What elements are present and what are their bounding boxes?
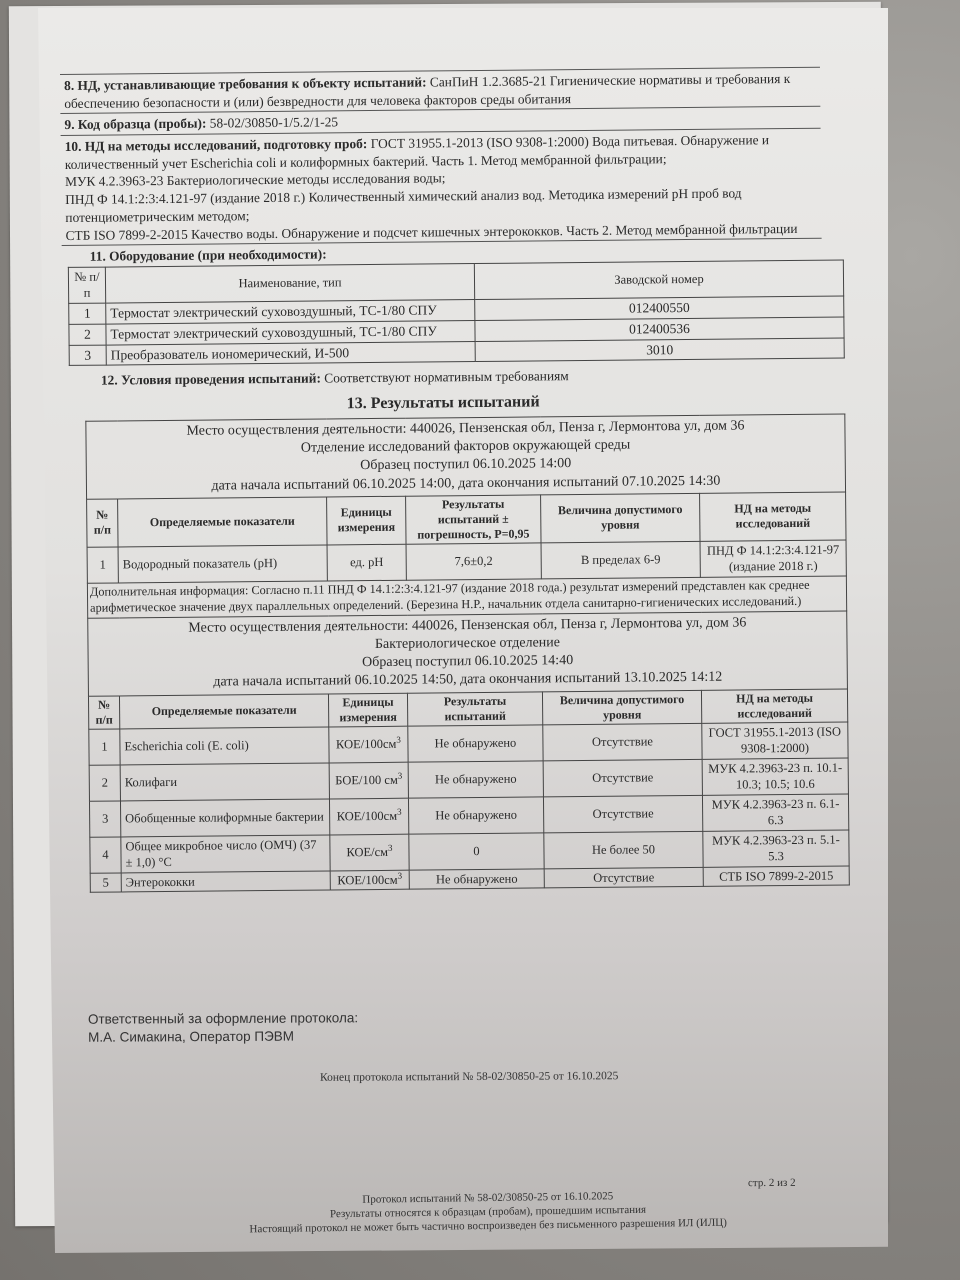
document-content: 8. НД, устанавливающие требования к объе… [60, 67, 828, 893]
col-number-header: № п/п [88, 696, 119, 729]
row-number: 2 [89, 765, 120, 801]
block2-info: Место осуществления деятельности: 440026… [88, 611, 848, 696]
section-12-text: Соответствуют нормативным требованиям [324, 368, 569, 385]
page-number: стр. 2 из 2 [748, 1177, 796, 1189]
result: 0 [409, 832, 544, 869]
unit: КОЕ/см3 [330, 834, 409, 871]
block2-info-row: Место осуществления деятельности: 440026… [88, 611, 848, 696]
col-limit-header: Величина допустимого уровня [541, 493, 700, 543]
sample-code: 58-02/30850-1/5.2/1-25 [210, 115, 338, 131]
col-serial-header: Заводской номер [474, 260, 843, 300]
responsible-signature: Ответственный за оформление протокола: М… [88, 1009, 358, 1047]
section-9-label: 9. Код образца (пробы): [64, 116, 206, 132]
row-number: 3 [69, 345, 106, 366]
row-number: 1 [87, 547, 118, 583]
method: СТБ ISO 7899-2-2015 [703, 866, 849, 887]
col-method-header: НД на методы исследований [700, 492, 846, 541]
col-name-header: Наименование, тип [105, 263, 474, 303]
row-number: 2 [69, 324, 106, 345]
limit: Отсутствие [544, 867, 703, 888]
unit: КОЕ/100см3 [329, 726, 408, 763]
equipment-table: № п/п Наименование, тип Заводской номер … [68, 259, 845, 366]
unit: КОЕ/100см3 [329, 798, 408, 835]
method: ПНД Ф 14.1:2:3:4.121-97 (издание 2018 г.… [700, 540, 846, 577]
method: МУК 4.2.3963-23 п. 6.1-6.3 [702, 794, 848, 831]
equipment-name: Преобразователь иономерический, И-500 [106, 341, 475, 365]
col-limit-header: Величина допустимого уровня [542, 690, 701, 725]
indicator: Escherichia coli (E. coli) [120, 727, 329, 765]
limit: Отсутствие [543, 759, 702, 797]
results-table: Место осуществления деятельности: 440026… [85, 414, 849, 893]
unit: КОЕ/100см3 [330, 870, 409, 890]
protocol-end-note: Конец протокола испытаний № 58-02/30850-… [320, 1070, 618, 1084]
col-number-header: № п/п [87, 499, 118, 547]
col-unit-header: Единицы измерения [327, 496, 406, 545]
block1-info-row: Место осуществления деятельности: 440026… [86, 414, 846, 499]
limit: Отсутствие [543, 723, 702, 761]
section-12-label: 12. Условия проведения испытаний: [101, 371, 321, 388]
responsible-label: Ответственный за оформление протокола: [88, 1009, 358, 1029]
section-8-label: 8. НД, устанавливающие требования к объе… [64, 74, 427, 92]
method-line: ПНД Ф 14.1:2:3:4.121-97 (издание 2018 г.… [65, 186, 741, 225]
row-number: 4 [90, 837, 121, 873]
indicator: Обобщенные колиформные бактерии [120, 799, 329, 837]
limit: В пределах 6-9 [541, 541, 700, 579]
indicator: Энтерококки [121, 871, 330, 893]
section-10-label: 10. НД на методы исследований, подготовк… [65, 136, 368, 154]
results-title: 13. Результаты испытаний [63, 389, 823, 417]
col-indicator-header: Определяемые показатели [118, 497, 327, 547]
document-page: 8. НД, устанавливающие требования к объе… [38, 8, 888, 1253]
row-number: 5 [90, 873, 121, 893]
row-number: 1 [89, 729, 120, 765]
section-10: 10. НД на методы исследований, подготовк… [61, 128, 822, 245]
row-number: 3 [89, 801, 120, 837]
limit: Не более 50 [544, 831, 703, 869]
result: Не обнаружено [408, 796, 543, 833]
indicator: Водородный показатель (pH) [118, 545, 327, 583]
col-result-header: Результаты испытаний ± погрешность, P=0,… [406, 495, 541, 544]
method-line: МУК 4.2.3963-23 Бактериологические метод… [65, 171, 446, 190]
method: МУК 4.2.3963-23 п. 10.1-10.3; 10.5; 10.6 [702, 758, 848, 795]
block1-info: Место осуществления деятельности: 440026… [86, 414, 846, 499]
indicator: Общее микробное число (ОМЧ) (37 ± 1,0) °… [121, 835, 330, 873]
result: Не обнаружено [409, 868, 544, 889]
result: Не обнаружено [408, 760, 543, 797]
row-number: 1 [69, 303, 106, 324]
col-unit-header: Единицы измерения [328, 693, 407, 727]
col-method-header: НД на методы исследований [701, 689, 847, 723]
limit: Отсутствие [543, 795, 702, 833]
result: Не обнаружено [408, 724, 543, 761]
unit: ед. pH [327, 544, 406, 581]
responsible-name: М.А. Симакина, Оператор ПЭВМ [88, 1028, 358, 1048]
section-11-label: 11. Оборудование (при необходимости): [90, 247, 327, 264]
indicator: Колифаги [120, 763, 329, 801]
serial-number: 3010 [475, 337, 844, 361]
result: 7,6±0,2 [406, 543, 541, 580]
col-indicator-header: Определяемые показатели [119, 694, 328, 729]
method: МУК 4.2.3963-23 п. 5.1-5.3 [703, 830, 849, 867]
col-result-header: Результаты испытаний [407, 691, 542, 725]
block1-header-row: № п/п Определяемые показатели Единицы из… [87, 492, 846, 547]
col-number-header: № п/п [68, 267, 105, 303]
method: ГОСТ 31955.1-2013 (ISO 9308-1:2000) [702, 722, 848, 759]
unit: БОЕ/100 см3 [329, 762, 408, 799]
page-footer: Протокол испытаний № 58-02/30850-25 от 1… [228, 1188, 749, 1237]
